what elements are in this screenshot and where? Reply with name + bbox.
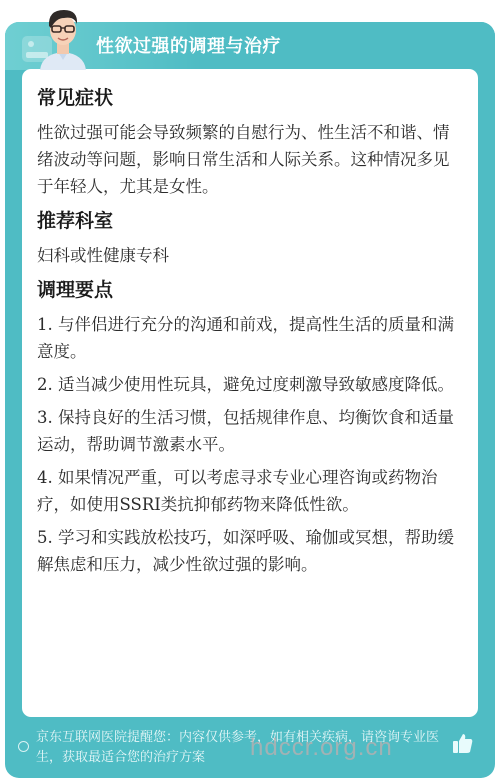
- content-card: 常见症状 性欲过强可能会导致频繁的自慰行为、性生活不和谐、情绪波动等问题，影响日…: [22, 69, 478, 717]
- care-item: 1. 与伴侣进行充分的沟通和前戏，提高性生活的质量和满意度。: [37, 311, 464, 365]
- care-heading: 调理要点: [37, 275, 464, 305]
- department-text: 妇科或性健康专科: [37, 242, 464, 269]
- care-item: 2. 适当减少使用性玩具，避免过度刺激导致敏感度降低。: [37, 371, 464, 398]
- doctor-avatar: [34, 4, 92, 70]
- care-item: 4. 如果情况严重，可以考虑寻求专业心理咨询或药物治疗，如使用SSRI类抗抑郁药…: [37, 464, 464, 518]
- page-title: 性欲过强的调理与治疗: [96, 32, 281, 58]
- thumbs-up-icon[interactable]: [452, 732, 474, 754]
- symptoms-heading: 常见症状: [37, 83, 464, 113]
- watermark: hdccr.org.cn: [250, 734, 393, 762]
- symptoms-text: 性欲过强可能会导致频繁的自慰行为、性生活不和谐、情绪波动等问题，影响日常生活和人…: [37, 119, 464, 200]
- care-item: 3. 保持良好的生活习惯，包括规律作息、均衡饮食和适量运动，帮助调节激素水平。: [37, 404, 464, 458]
- care-item: 5. 学习和实践放松技巧，如深呼吸、瑜伽或冥想，帮助缓解焦虑和压力，减少性欲过强…: [37, 524, 464, 578]
- info-circle-icon: [18, 741, 29, 752]
- department-heading: 推荐科室: [37, 206, 464, 236]
